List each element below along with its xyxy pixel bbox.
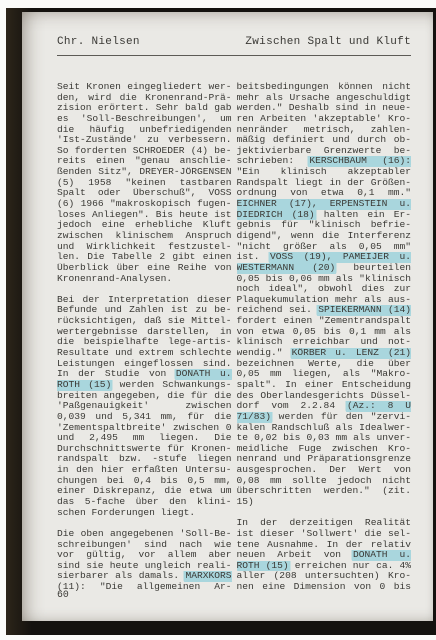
text-segment: So forderten SCHROEDER (4) be- — [57, 146, 232, 156]
text-segment: mehr als Ursache angeschuldigt — [237, 93, 412, 103]
text-segment: neuen Arbeit von — [237, 550, 353, 560]
text-line: kalen Randschluß als Idealwer- — [237, 423, 412, 434]
text-segment: erreichen nur ca. 4% — [289, 561, 411, 571]
text-line: 'Ist-Zustände' zu verbessern. — [57, 135, 232, 146]
text-segment: mäßig definiert und durch ob- — [237, 135, 412, 145]
text-line: ordnung von etwa 0,1 mm." — [237, 188, 412, 199]
text-segment: zwischen klinischem Anspruch — [57, 231, 232, 241]
text-segment: Die oben angegebenen 'Soll-Be- — [57, 529, 232, 539]
text-segment: 'Ist-Zustände' zu verbessern. — [57, 135, 232, 145]
text-segment: die häufig unbefriedigenden — [57, 125, 232, 135]
highlighted-citation: 71/83) — [237, 412, 272, 422]
text-segment: aller (208 untersuchten) Kro- — [237, 571, 412, 581]
text-segment: Befunde und Zahlen ist zu be- — [57, 305, 232, 315]
text-line: ROTH (15) werden Schwankungs- — [57, 380, 232, 391]
text-line: 'Paßgenauigkeit' zwischen — [57, 401, 232, 412]
text-line: Spalt oder Überschuß", VOSS — [57, 188, 232, 199]
text-line: spalt". In einer Entscheidung — [237, 380, 412, 391]
paragraph: Bei der Interpretation dieserBefunde und… — [57, 295, 232, 518]
text-line: reichend sei. SPIEKERMANN (14) — [237, 305, 412, 316]
running-header: Chr. Nielsen Zwischen Spalt und Kluft — [57, 36, 411, 48]
header-author: Chr. Nielsen — [57, 36, 140, 48]
text-segment: beurteilen — [335, 263, 411, 273]
text-segment: überschritten werden." (zit. — [237, 486, 412, 496]
text-line: jektivierbare Grenzwerte be- — [237, 146, 412, 157]
text-segment: tene Ausnahme. In der relativ — [237, 540, 412, 550]
scanned-page: Chr. Nielsen Zwischen Spalt und Kluft Se… — [22, 12, 433, 621]
text-line: meidliche Fuge zwischen Kro- — [237, 444, 412, 455]
text-line: beitsbedingungen können nicht — [237, 82, 412, 93]
text-segment: es 'Soll-Beschreibungen', um — [57, 114, 232, 124]
text-line: mäßig definiert und durch ob- — [237, 135, 412, 146]
text-line: Seit Kronen eingegliedert wer- — [57, 82, 232, 93]
text-line: überschritten werden." (zit. — [237, 486, 412, 497]
text-line: ausgesprochen. Der Wert von — [237, 465, 412, 476]
text-line: ROTH (15) erreichen nur ca. 4% — [237, 561, 412, 572]
text-columns: Seit Kronen eingegliedert wer-den, wird … — [57, 82, 411, 593]
highlighted-citation: EICHNER (17), ERPENSTEIN u. — [237, 199, 412, 209]
text-line: "nicht größer als 0,05 mm" — [237, 242, 412, 253]
text-line: es 'Soll-Beschreibungen', um — [57, 114, 232, 125]
text-line: die beispielhafte lege-artis- — [57, 337, 232, 348]
highlighted-citation: SPIEKERMANN (14) — [318, 305, 411, 315]
text-segment: breiten angegeben, die für die — [57, 391, 232, 401]
text-line: des Oberlandesgerichts Düssel- — [237, 391, 412, 402]
text-segment: halten ein Er- — [315, 210, 411, 220]
text-segment: einer Diskrepanz, die etwa um — [57, 486, 232, 496]
text-segment: gebnis für "klinisch befrie- — [237, 220, 412, 230]
text-line: (5) 1958 "keinen tastbaren — [57, 178, 232, 189]
text-segment: den, wird die Kronenrand-Prä- — [57, 93, 232, 103]
text-segment: digend", wenn die Interferenz — [237, 231, 412, 241]
text-line: ßenden Sitz", DREYER-JÖRGENSEN — [57, 167, 232, 178]
paragraph: Seit Kronen eingegliedert wer-den, wird … — [57, 82, 232, 284]
text-segment: die beispielhafte lege-artis- — [57, 337, 232, 347]
text-segment: ren Arbeiten 'akzeptable' Kro- — [237, 114, 412, 124]
text-segment: meidliche Fuge zwischen Kro- — [237, 444, 412, 454]
page-number: 60 — [57, 589, 69, 600]
text-line: und 2,495 mm liegen. Die — [57, 433, 232, 444]
text-segment: Randspalt liegt in der Größen- — [237, 178, 412, 188]
text-line: Die oben angegebenen 'Soll-Be- — [57, 529, 232, 540]
text-segment: 0,039 und 5,341 mm, für die — [57, 412, 232, 422]
text-line: 0,05 bis 0,06 mm als "klinisch — [237, 274, 412, 285]
text-line: fordert einen "Zementrandspalt — [237, 316, 412, 327]
text-segment: len. Die Tabelle 2 gibt einen — [57, 252, 232, 262]
text-line: Plaquekumulation mehr als aus- — [237, 295, 412, 306]
highlighted-citation: KERSCHBAUM (16): — [309, 156, 411, 166]
text-segment: Durchschnittswerte für Kronen- — [57, 444, 232, 454]
text-line: jedoch eine erhebliche Kluft — [57, 220, 232, 231]
text-segment: sind sie heute ungleich reali- — [57, 561, 232, 571]
text-line: breiten angegeben, die für die — [57, 391, 232, 402]
text-line: Bei der Interpretation dieser — [57, 295, 232, 306]
text-segment: jedoch eine erhebliche Kluft — [57, 220, 232, 230]
highlighted-citation: DIEDRICH (18) — [237, 210, 315, 220]
text-column-left: Seit Kronen eingegliedert wer-den, wird … — [57, 82, 232, 593]
text-line: In der Studie von DONATH u. — [57, 369, 232, 380]
text-segment: 'Paßgenauigkeit' zwischen — [57, 401, 232, 411]
text-segment: schrieben: — [237, 156, 310, 166]
text-segment: ist dieser 'Sollwert' die sel- — [237, 529, 412, 539]
text-line: So forderten SCHROEDER (4) be- — [57, 146, 232, 157]
text-line: ist dieser 'Sollwert' die sel- — [237, 529, 412, 540]
text-line: klinisch erreichbar und not- — [237, 337, 412, 348]
text-segment: klinisch erreichbar und not- — [237, 337, 412, 347]
text-line: mehr als Ursache angeschuldigt — [237, 93, 412, 104]
text-segment: 0,08 mm sollte jedoch nicht — [237, 476, 412, 486]
text-segment: ßenden Sitz", DREYER-JÖRGENSEN — [57, 167, 232, 177]
text-line: vor gültig, vor allem aber — [57, 550, 232, 561]
text-segment: 0,05 mm liegen, als "Makro- — [237, 369, 412, 379]
text-segment: Resultate und extrem schlechte — [57, 348, 232, 358]
text-line: sierbarer als damals. MARXKORS — [57, 571, 232, 582]
text-segment: reichend sei. — [237, 305, 319, 315]
highlighted-citation: (Az.: 8 U — [347, 401, 411, 411]
highlighted-citation: MARXKORS — [185, 571, 231, 581]
text-segment: des Oberlandesgerichts Düssel- — [237, 391, 412, 401]
text-line: 0,08 mm sollte jedoch nicht — [237, 476, 412, 487]
text-line: loses Anliegen". Bis heute ist — [57, 210, 232, 221]
text-line: (11): "Die allgemeinen Ar- — [57, 582, 232, 593]
text-line: das 5-fache über den klini- — [57, 497, 232, 508]
text-segment: (5) 1958 "keinen tastbaren — [57, 178, 232, 188]
text-segment: randspalt bzw. -stufe liegen — [57, 454, 232, 464]
text-segment: vor gültig, vor allem aber — [57, 550, 232, 560]
text-line: schen Forderungen liegt. — [57, 508, 232, 519]
text-line: DIEDRICH (18) halten ein Er- — [237, 210, 412, 221]
text-segment: nenrand und Präparationsgrenze — [237, 454, 412, 464]
text-segment: loses Anliegen". Bis heute ist — [57, 210, 232, 220]
text-segment: (6) 1966 "makroskopisch fugen- — [57, 199, 232, 209]
text-line: die häufig unbefriedigenden — [57, 125, 232, 136]
text-segment: zision erörtert. Sehr bald gab — [57, 103, 232, 113]
paragraph: beitsbedingungen können nichtmehr als Ur… — [237, 82, 412, 508]
text-line: ist. VOSS (19), PAMEIJER u. — [237, 252, 412, 263]
text-segment: "nicht größer als 0,05 mm" — [237, 242, 412, 252]
text-line: schrieben: KERSCHBAUM (16): — [237, 156, 412, 167]
text-segment: 'Zementspaltbreite' zwischen 0 — [57, 423, 232, 433]
text-segment: und Wirklichkeit festzustel- — [57, 242, 232, 252]
text-line: nen eine Dimension von 0 bis — [237, 582, 412, 593]
highlighted-citation: KÖRBER u. LENZ (21) — [292, 348, 411, 358]
text-line: in den hier erfaßten Untersu- — [57, 465, 232, 476]
text-segment: 0,05 bis 0,06 mm als "klinisch — [237, 274, 412, 284]
text-segment: werden Schwankungs- — [111, 380, 231, 390]
text-segment: Überblick über eine Reihe von — [57, 263, 232, 273]
text-segment: Kronenrand-Analysen. — [57, 274, 172, 284]
text-line: aller (208 untersuchten) Kro- — [237, 571, 412, 582]
text-segment: das 5-fache über den klini- — [57, 497, 232, 507]
text-segment: Bei der Interpretation dieser — [57, 295, 232, 305]
header-rule — [57, 55, 411, 56]
text-line: Kronenrand-Analysen. — [57, 274, 232, 285]
text-column-right: beitsbedingungen können nichtmehr als Ur… — [237, 82, 412, 593]
text-line: einer Diskrepanz, die etwa um — [57, 486, 232, 497]
text-segment: In der Studie von — [57, 369, 176, 379]
text-line: reits einen "genau anschlie- — [57, 156, 232, 167]
text-segment: bezeichnen Werte, die über — [237, 359, 412, 369]
text-segment: Plaquekumulation mehr als aus- — [237, 295, 412, 305]
text-segment: nenränder metrisch, zahlen- — [237, 125, 412, 135]
highlighted-citation: ROTH (15) — [57, 380, 111, 390]
highlighted-citation: DONATH u. — [176, 369, 232, 379]
text-segment: chungen bei 0,4 bis 0,5 mm, — [57, 476, 232, 486]
text-segment: ist. — [237, 252, 271, 262]
text-segment: werden." Deshalb sind in neue- — [237, 103, 412, 113]
text-segment: wertergebnisse darstellen, in — [57, 327, 232, 337]
header-chapter-title: Zwischen Spalt und Kluft — [245, 36, 411, 48]
text-segment: nen eine Dimension von 0 bis — [237, 582, 412, 592]
text-line: zwischen klinischem Anspruch — [57, 231, 232, 242]
text-line: randspalt bzw. -stufe liegen — [57, 454, 232, 465]
paragraph: Die oben angegebenen 'Soll-Be-schreibung… — [57, 529, 232, 593]
text-line: ren Arbeiten 'akzeptable' Kro- — [237, 114, 412, 125]
text-line: chungen bei 0,4 bis 0,5 mm, — [57, 476, 232, 487]
highlighted-citation: DONATH u. — [353, 550, 411, 560]
text-line: von etwa 0,05 bis 0,1 mm als — [237, 327, 412, 338]
text-line: den, wird die Kronenrand-Prä- — [57, 93, 232, 104]
text-line: wertergebnisse darstellen, in — [57, 327, 232, 338]
text-line: neuen Arbeit von DONATH u. — [237, 550, 412, 561]
text-segment: wendig." — [237, 348, 292, 358]
text-segment: "Ein klinisch akzeptabler — [237, 167, 412, 177]
text-segment: In der derzeitigen Realität — [237, 518, 412, 528]
text-segment: von etwa 0,05 bis 0,1 mm als — [237, 327, 412, 337]
text-line: gebnis für "klinisch befrie- — [237, 220, 412, 231]
text-line: zision erörtert. Sehr bald gab — [57, 103, 232, 114]
text-segment: schen Forderungen liegt. — [57, 508, 195, 518]
text-segment: schreibungen' sind nach wie — [57, 540, 232, 550]
text-line: 0,05 mm liegen, als "Makro- — [237, 369, 412, 380]
highlighted-citation: WESTERMANN (20) — [237, 263, 336, 273]
text-line: te 0,02 bis 0,03 mm als unver- — [237, 433, 412, 444]
text-segment: (11): "Die allgemeinen Ar- — [57, 582, 232, 592]
text-segment: werden für den "zervi- — [271, 412, 411, 422]
text-line: Befunde und Zahlen ist zu be- — [57, 305, 232, 316]
text-line: Resultate und extrem schlechte — [57, 348, 232, 359]
text-segment: spalt". In einer Entscheidung — [237, 380, 412, 390]
text-segment: Seit Kronen eingegliedert wer- — [57, 82, 232, 92]
text-line: digend", wenn die Interferenz — [237, 231, 412, 242]
text-segment: sierbarer als damals. — [57, 571, 185, 581]
text-segment: reits einen "genau anschlie- — [57, 156, 232, 166]
text-line: werden." Deshalb sind in neue- — [237, 103, 412, 114]
text-line: schreibungen' sind nach wie — [57, 540, 232, 551]
text-line: (6) 1966 "makroskopisch fugen- — [57, 199, 232, 210]
highlighted-citation: VOSS (19), PAMEIJER u. — [270, 252, 411, 262]
text-line: In der derzeitigen Realität — [237, 518, 412, 529]
text-segment: te 0,02 bis 0,03 mm als unver- — [237, 433, 412, 443]
text-line: 0,039 und 5,341 mm, für die — [57, 412, 232, 423]
text-line: len. Die Tabelle 2 gibt einen — [57, 252, 232, 263]
text-line: noch ideal", obwohl dies zur — [237, 284, 412, 295]
text-line: rücksichtigen, daß sie Mittel- — [57, 316, 232, 327]
text-segment: ausgesprochen. Der Wert von — [237, 465, 412, 475]
text-line: 'Zementspaltbreite' zwischen 0 — [57, 423, 232, 434]
text-line: und Wirklichkeit festzustel- — [57, 242, 232, 253]
text-segment: Leistungen eingeflossen sind. — [57, 359, 232, 369]
text-segment: jektivierbare Grenzwerte be- — [237, 146, 412, 156]
text-segment: ordnung von etwa 0,1 mm." — [237, 188, 412, 198]
text-line: nenränder metrisch, zahlen- — [237, 125, 412, 136]
text-segment: beitsbedingungen können nicht — [237, 82, 412, 92]
text-line: "Ein klinisch akzeptabler — [237, 167, 412, 178]
text-segment: dorf vom 2.2.84 — [237, 401, 347, 411]
text-line: sind sie heute ungleich reali- — [57, 561, 232, 572]
text-line: Durchschnittswerte für Kronen- — [57, 444, 232, 455]
text-line: WESTERMANN (20) beurteilen — [237, 263, 412, 274]
text-segment: und 2,495 mm liegen. Die — [57, 433, 232, 443]
text-line: nenrand und Präparationsgrenze — [237, 454, 412, 465]
text-line: Leistungen eingeflossen sind. — [57, 359, 232, 370]
text-segment: noch ideal", obwohl dies zur — [237, 284, 412, 294]
text-line: Überblick über eine Reihe von — [57, 263, 232, 274]
text-segment: fordert einen "Zementrandspalt — [237, 316, 412, 326]
text-line: dorf vom 2.2.84 (Az.: 8 U — [237, 401, 412, 412]
highlighted-citation: ROTH (15) — [237, 561, 289, 571]
text-line: EICHNER (17), ERPENSTEIN u. — [237, 199, 412, 210]
text-line: 71/83) werden für den "zervi- — [237, 412, 412, 423]
text-line: 15) — [237, 497, 412, 508]
text-line: tene Ausnahme. In der relativ — [237, 540, 412, 551]
text-segment: rücksichtigen, daß sie Mittel- — [57, 316, 232, 326]
text-line: Randspalt liegt in der Größen- — [237, 178, 412, 189]
text-segment: in den hier erfaßten Untersu- — [57, 465, 232, 475]
paragraph: In der derzeitigen Realitätist dieser 'S… — [237, 518, 412, 592]
text-segment: kalen Randschluß als Idealwer- — [237, 423, 412, 433]
text-segment: Spalt oder Überschuß", VOSS — [57, 188, 232, 198]
text-line: bezeichnen Werte, die über — [237, 359, 412, 370]
text-line: wendig." KÖRBER u. LENZ (21) — [237, 348, 412, 359]
text-segment: 15) — [237, 497, 254, 507]
